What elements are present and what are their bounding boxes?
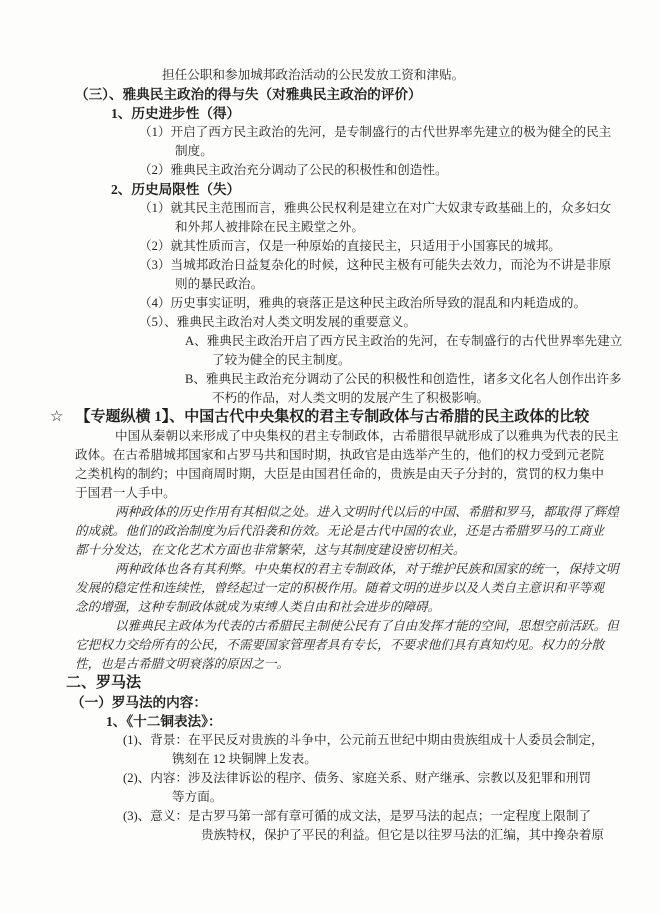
- twelve-tables-item-line: 贵族特权，保护了平民的利益。但它是以往罗马法的汇编，其中搀杂着原: [201, 826, 642, 845]
- progress-item-line: （2）雅典民主政治充分调动了公民的积极性和创造性。: [139, 161, 642, 180]
- significance-item-line: A、雅典民主政治开启了西方民主政治的先河，在专制盛行的古代世界率先建立: [185, 332, 642, 351]
- limitation-item-line: （3）当城邦政治日益复杂化的时候，这种民主极有可能失去效力，而沦为不讲是非原: [139, 256, 642, 275]
- comparison-paragraph-line: 之类机构的制约；中国商周时期，大臣是由国君任命的，贵族是由天子分封的，赏罚的权力…: [75, 465, 642, 484]
- document-page: 担任公职和参加城邦政治活动的公民发放工资和津贴。 （三）、雅典民主政治的得与失（…: [0, 0, 660, 914]
- comparison-paragraph-line: 中国从秦朝以来形成了中央集权的君主专制政体，古希腊很早就形成了以雅典为代表的民主: [115, 427, 642, 446]
- progress-item-line: （1）开启了西方民主政治的先河，是专制盛行的古代世界率先建立的极为健全的民主: [139, 123, 642, 142]
- significance-item-line: B、雅典民主政治充分调动了公民的积极性和创造性，诸多文化名人创作出许多: [185, 370, 642, 389]
- heading-roman-law: 二、罗马法: [66, 674, 642, 693]
- comparison-paragraph-line: 两种政体的历史作用有其相似之处。进入文明时代以后的中国、希腊和罗马，都取得了辉煌: [115, 503, 642, 522]
- heading-historical-limitation: 2、历史局限性（失）: [111, 180, 642, 199]
- topic-comparison-heading: 【专题纵横 1】、中国古代中央集权的君主专制政体与古希腊的民主政体的比较: [75, 409, 589, 425]
- limitation-item-line: （2）就其性质而言，仅是一种原始的直接民主，只适用于小国寡民的城邦。: [139, 237, 642, 256]
- heading-twelve-tables: 1、《十二铜表法》：: [106, 712, 642, 731]
- comparison-paragraph-line: 发展的稳定性和连续性，曾经起过一定的积极作用。随着文明的进步以及人类自主意识和平…: [75, 579, 642, 598]
- comparison-paragraph-line: 以雅典民主政体为代表的古希腊民主制使公民有了自由发挥才能的空间，思想空前活跃。但: [115, 617, 642, 636]
- twelve-tables-item-line: 镌刻在 12 块铜牌上发表。: [172, 750, 642, 769]
- heading-roman-law-content: （一）罗马法的内容：: [71, 693, 642, 712]
- twelve-tables-item-line: (1)、背景：在平民反对贵族的斗争中，公元前五世纪中期由贵族组成十人委员会制定，: [123, 731, 642, 750]
- comparison-paragraph-line: 念的增强，这种专制政体就成为束缚人类自由和社会进步的障碍。: [75, 598, 642, 617]
- limitation-item-line: 则的暴民政治。: [175, 275, 642, 294]
- comparison-paragraph-line: 的成就。他们的政治制度为后代沿袭和仿效。无论是古代中国的农业，还是古希腊罗马的工…: [75, 522, 642, 541]
- significance-item-line: 了较为健全的民主制度。: [212, 351, 642, 370]
- carryover-line: 担任公职和参加城邦政治活动的公民发放工资和津贴。: [162, 66, 642, 85]
- limitation-item-line: （4）历史事实证明，雅典的衰落正是这种民主政治所导致的混乱和内耗造成的。: [139, 294, 642, 313]
- comparison-paragraph-line: 于国君一人手中。: [75, 484, 642, 503]
- significance-item-line: 不朽的作品，对人类文明的发展产生了积极影响。: [212, 389, 642, 408]
- comparison-paragraph-line: 政体。在古希腊城邦国家和占罗马共和国时期，执政官是由选举产生的，他们的权力受到元…: [75, 446, 642, 465]
- limitation-item-line: （1）就其民主范围而言，雅典公民权利是建立在对广大奴隶专政基础上的，众多妇女: [139, 199, 642, 218]
- twelve-tables-item-line: 等方面。: [172, 788, 642, 807]
- twelve-tables-item-line: (2)、内容：涉及法律诉讼的程序、债务、家庭关系、财产继承、宗教以及犯罪和刑罚: [123, 769, 642, 788]
- topic-heading-line: ☆【专题纵横 1】、中国古代中央集权的君主专制政体与古希腊的民主政体的比较: [50, 408, 642, 427]
- limitation-item-line: （5）、雅典民主政治对人类文明发展的重要意义。: [139, 313, 642, 332]
- heading-athens-gain-loss: （三）、雅典民主政治的得与失（对雅典民主政治的评价）: [75, 85, 642, 104]
- limitation-item-line: 和外邦人被排除在民主殿堂之外。: [175, 218, 642, 237]
- progress-item-line: 制度。: [175, 142, 642, 161]
- comparison-paragraph-line: 它把权力交给所有的公民，不需要国家管理者具有专长，不要求他们具有真知灼见。权力的…: [75, 636, 642, 655]
- comparison-paragraph-line: 都十分发达，在文化艺术方面也非常繁荣，这与其制度建设密切相关。: [75, 541, 642, 560]
- twelve-tables-item-line: (3)、意义：是古罗马第一部有章可循的成文法，是罗马法的起点；一定程度上限制了: [123, 807, 642, 826]
- comparison-paragraph-line: 两种政体也各有其利弊。中央集权的君主专制政体，对于维护民族和国家的统一，保持文明: [115, 560, 642, 579]
- heading-historical-progress: 1、历史进步性（得）: [111, 104, 642, 123]
- comparison-paragraph-line: 性，也是古希腊文明衰落的原因之一。: [75, 655, 642, 674]
- star-icon: ☆: [50, 408, 63, 427]
